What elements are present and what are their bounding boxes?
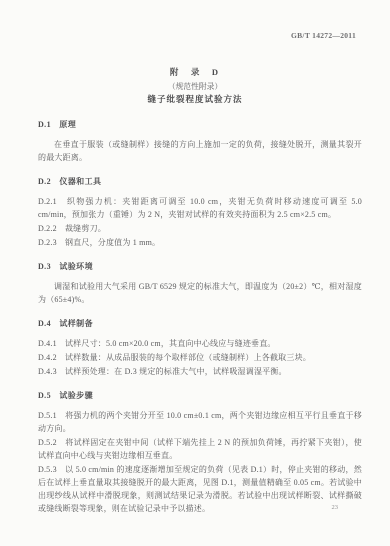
section-paragraph: D.5.2 将试样固定在夹钳中间（试样下端先挂上 2 N 的预加负荷锤，再拧紧下… — [38, 436, 362, 462]
section-heading: D.5 试验步骤 — [38, 389, 362, 402]
appendix-title-block: 附 录 D （规范性附录） 缝子纰裂程度试验方法 — [0, 66, 390, 107]
appendix-title: 附 录 D — [0, 66, 390, 80]
section-paragraph: 在垂直于服装（或缝制样）接缝的方向上施加一定的负荷，接缝处脱开，测量其裂开的最大… — [38, 138, 362, 164]
section-paragraph: D.4.2 试样数量：从成品服装的每个取样部位（或缝制样）上各截取三块。 — [38, 351, 362, 364]
document-section: D.4 试样制备D.4.1 试样尺寸：5.0 cm×20.0 cm，其直向中心线… — [38, 317, 362, 378]
section-paragraph: D.2.3 钢直尺，分度值为 1 mm。 — [38, 236, 362, 249]
document-section: D.5 试验步骤D.5.1 将强力机的两个夹钳分开至 10.0 cm±0.1 c… — [38, 389, 362, 515]
section-paragraph: D.2.1 织物强力机：夹钳距离可调至 10.0 cm，夹钳无负荷时移动速度可调… — [38, 195, 362, 221]
section-paragraph: D.4.1 试样尺寸：5.0 cm×20.0 cm，其直向中心线应与缝迹垂直。 — [38, 337, 362, 350]
document-section: D.2 仪器和工具D.2.1 织物强力机：夹钳距离可调至 10.0 cm，夹钳无… — [38, 175, 362, 249]
section-heading: D.2 仪器和工具 — [38, 175, 362, 188]
document-section: D.3 试验环境调湿和试验用大气采用 GB/T 6529 规定的标准大气，即温度… — [38, 260, 362, 306]
document-body: D.1 原理在垂直于服装（或缝制样）接缝的方向上施加一定的负荷，接缝处脱开，测量… — [38, 118, 362, 516]
section-paragraph: D.2.2 裁缝剪刀。 — [38, 222, 362, 235]
section-heading: D.1 原理 — [38, 118, 362, 131]
appendix-method-title: 缝子纰裂程度试验方法 — [0, 93, 390, 107]
page-number: 23 — [332, 504, 339, 511]
section-paragraph: D.5.3 以 5.0 cm/min 的速度逐渐增加至规定的负荷（见表 D.1）… — [38, 463, 362, 515]
appendix-subtitle-normative: （规范性附录） — [0, 80, 390, 94]
document-page: GB/T 14272—2011 附 录 D （规范性附录） 缝子纰裂程度试验方法… — [0, 0, 390, 546]
section-paragraph: 调湿和试验用大气采用 GB/T 6529 规定的标准大气，即温度为（20±2）℃… — [38, 280, 362, 306]
standard-number: GB/T 14272—2011 — [291, 31, 356, 40]
section-paragraph: D.5.1 将强力机的两个夹钳分开至 10.0 cm±0.1 cm，两个夹钳边缘… — [38, 409, 362, 435]
section-heading: D.3 试验环境 — [38, 260, 362, 273]
section-heading: D.4 试样制备 — [38, 317, 362, 330]
document-section: D.1 原理在垂直于服装（或缝制样）接缝的方向上施加一定的负荷，接缝处脱开，测量… — [38, 118, 362, 164]
section-paragraph: D.4.3 试样预处理：在 D.3 规定的标准大气中，试样吸湿调湿平衡。 — [38, 365, 362, 378]
